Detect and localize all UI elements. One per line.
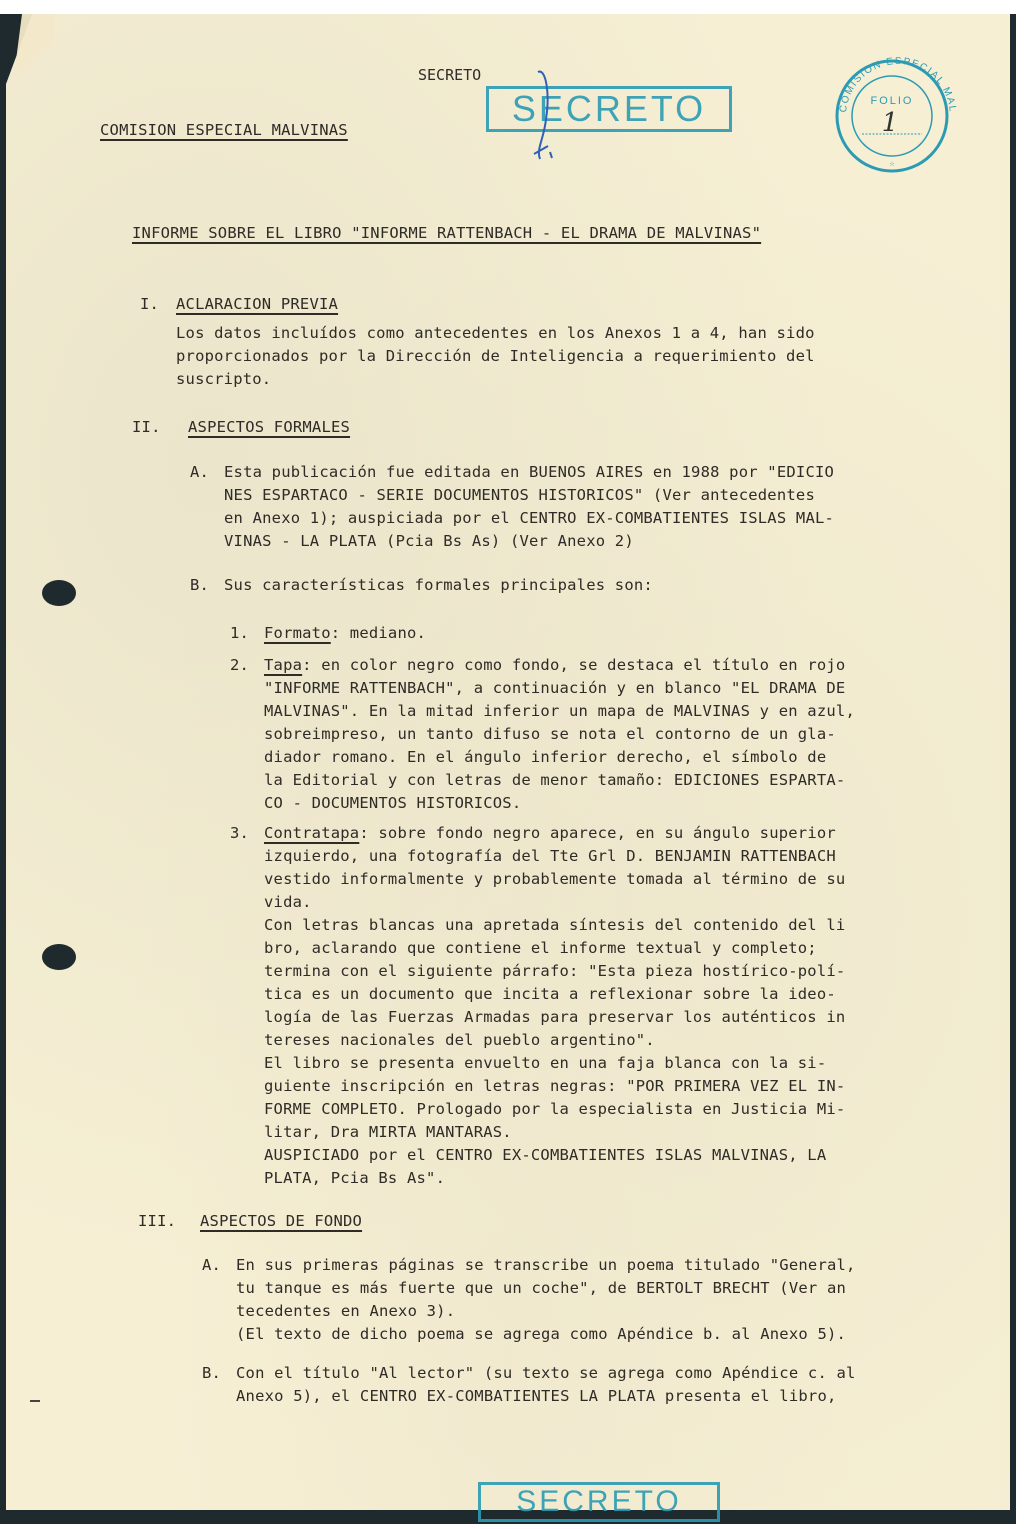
text-line: Con letras blancas una apretada síntesis… [264,914,845,937]
text-line: VINAS - LA PLATA (Pcia Bs As) (Ver Anexo… [224,530,834,553]
text-line: vida. [264,891,845,914]
document-title: INFORME SOBRE EL LIBRO "INFORME RATTENBA… [132,222,761,245]
text-line: El libro se presenta envuelto en una faj… [264,1052,845,1075]
subitem-paragraph: Tapa: en color negro como fondo, se dest… [264,654,855,815]
classification-label: SECRETO [418,64,481,87]
folio-stamp-icon: COMISION ESPECIAL MALVINAS FOLIO 1 ☆ [828,54,968,174]
text-line: suscripto. [176,368,815,391]
text-line: "INFORME RATTENBACH", a continuación y e… [264,677,855,700]
text-line: la Editorial y con letras de menor tamañ… [264,769,855,792]
item-label: B. [202,1362,221,1385]
subitem-label: 2. [230,654,249,677]
item-label: A. [202,1254,221,1277]
signature-icon [526,64,566,174]
margin-mark [30,1400,40,1402]
subitem-term: Contratapa [264,824,359,842]
subitem-text: : en color negro como fondo, se destaca … [302,656,845,674]
subitem-label: 1. [230,622,249,645]
section-heading: ASPECTOS FORMALES [188,416,350,439]
punch-hole-icon [42,944,76,970]
text-line: (El texto de dicho poema se agrega como … [236,1323,856,1346]
text-line: Con el título "Al lector" (su texto se a… [236,1362,856,1385]
text-line: bro, aclarando que contiene el informe t… [264,937,845,960]
text-line: FORME COMPLETO. Prologado por la especia… [264,1098,845,1121]
item-paragraph: Con el título "Al lector" (su texto se a… [236,1362,856,1408]
subitem-text: : sobre fondo negro aparece, en su ángul… [359,824,836,842]
section-heading: ASPECTOS DE FONDO [200,1210,362,1233]
text-line: Los datos incluídos como antecedentes en… [176,322,815,345]
text-line: diador romano. En el ángulo inferior der… [264,746,855,769]
subitem-line: Formato: mediano. [264,622,426,645]
section-number: II. [132,416,161,439]
text-line: tecedentes en Anexo 3). [236,1300,856,1323]
secret-stamp: SECRETO [486,86,732,132]
text-line: termina con el siguiente párrafo: "Esta … [264,960,845,983]
item-paragraph: En sus primeras páginas se transcribe un… [236,1254,856,1346]
section-number: I. [140,293,159,316]
star-icon: ☆ [889,159,895,169]
subitem-paragraph: Contratapa: sobre fondo negro aparece, e… [264,822,845,1190]
subitem-term: Formato [264,624,331,642]
text-line: Anexo 5), el CENTRO EX-COMBATIENTES LA P… [236,1385,856,1408]
text-line: litar, Dra MIRTA MANTARAS. [264,1121,845,1144]
text-line: PLATA, Pcia Bs As". [264,1167,845,1190]
text-line: proporcionados por la Dirección de Intel… [176,345,815,368]
text-line: tica es un documento que incita a reflex… [264,983,845,1006]
item-paragraph: Esta publicación fue editada en BUENOS A… [224,461,834,553]
punch-hole-icon [42,580,76,606]
item-text: Sus características formales principales… [224,574,653,597]
text-line: AUSPICIADO por el CENTRO EX-COMBATIENTES… [264,1144,845,1167]
text-line: izquierdo, una fotografía del Tte Grl D.… [264,845,845,868]
text-line: guiente inscripción en letras negras: "P… [264,1075,845,1098]
text-line: vestido informalmente y probablemente to… [264,868,845,891]
text-line: tu tanque es más fuerte que un coche", d… [236,1277,856,1300]
subitem-text: : mediano. [331,624,426,642]
section-number: III. [138,1210,176,1233]
text-line: en Anexo 1); auspiciada por el CENTRO EX… [224,507,834,530]
subitem-label: 3. [230,822,249,845]
organization-name: COMISION ESPECIAL MALVINAS [100,119,348,142]
text-line: tereses nacionales del pueblo argentino"… [264,1029,845,1052]
text-line: CO - DOCUMENTOS HISTORICOS. [264,792,855,815]
text-line: NES ESPARTACO - SERIE DOCUMENTOS HISTORI… [224,484,834,507]
text-line: MALVINAS". En la mitad inferior un mapa … [264,700,855,723]
text-line: En sus primeras páginas se transcribe un… [236,1254,856,1277]
document-page: SECRETO COMISION ESPECIAL MALVINAS SECRE… [6,14,1010,1510]
folio-label: FOLIO [870,95,913,107]
text-line: logía de las Fuerzas Armadas para preser… [264,1006,845,1029]
item-label: B. [190,574,209,597]
subitem-term: Tapa [264,656,302,674]
item-label: A. [190,461,209,484]
section-paragraph: Los datos incluídos como antecedentes en… [176,322,815,391]
text-line: sobreimpreso, un tanto difuso se nota el… [264,723,855,746]
section-heading: ACLARACION PREVIA [176,293,338,316]
text-line: Esta publicación fue editada en BUENOS A… [224,461,834,484]
secret-stamp-footer: SECRETO [478,1482,720,1522]
